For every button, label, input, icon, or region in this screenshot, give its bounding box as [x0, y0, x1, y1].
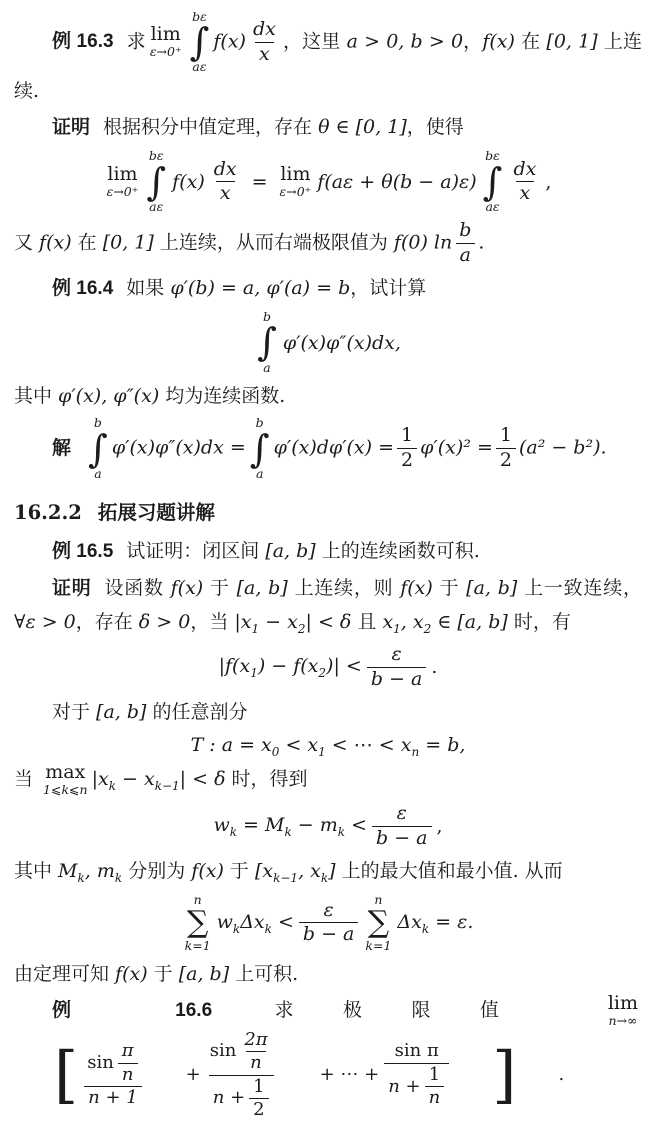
fraction-numerator: 1 [249, 1076, 268, 1099]
paragraph-conclusion: 由定理可知 f(x) 于 [a, b] 上可积. [14, 958, 642, 990]
math-run: φ′(x)φ″(x)dx, [283, 332, 401, 354]
math-run: b > 0 [411, 30, 464, 52]
text-run: 上连续，从而右端极限值为 [154, 232, 394, 254]
punctuation: , [437, 815, 443, 837]
sum-operator: n∑k=1 [185, 893, 211, 953]
fraction: sin πn +1n [384, 1040, 449, 1110]
paragraph-example-16-4: 例 16.4如果 φ′(b) = a, φ′(a) = b，试计算 [14, 272, 642, 305]
section-heading: 16.2.2拓展习题讲解 [14, 497, 642, 525]
math-run: [0, 1] [546, 30, 597, 52]
fraction: ba [455, 219, 475, 268]
integral-sign: ∫ [483, 164, 503, 200]
fraction-numerator: sin π [391, 1040, 443, 1063]
math-run: T : a = x0 < x1 < ⋯ < xn = b, [191, 734, 466, 758]
math-run: a > 0, [347, 30, 405, 52]
fraction-denominator: n [425, 1086, 445, 1110]
fraction-denominator: b − a [367, 667, 427, 692]
subscript: k [338, 825, 345, 839]
math-run: φ′(b) = a, φ′(a) = b [170, 277, 350, 299]
fraction-denominator: a [456, 243, 475, 268]
lim-word: lim [151, 25, 181, 45]
text-run: ，存在 [76, 611, 139, 633]
lim-subscript: ε→0⁺ [107, 185, 139, 199]
lim-subscript: n→∞ [608, 1014, 637, 1028]
fraction-denominator: b − a [372, 826, 432, 851]
text-run: 在 [72, 232, 103, 254]
plus-sign: + [148, 1060, 201, 1091]
paragraph-remark-16-3: 又 f(x) 在 [0, 1] 上连续，从而右端极限值为 f(0) lnba. [14, 219, 642, 268]
text-run: ，这里 [283, 30, 347, 52]
text-run: 根据积分中值定理，存在 [103, 116, 318, 138]
math-run: f(x) [213, 30, 246, 52]
textbook-page: 例 16.3求limε→0⁺bε∫aεf(x)dxx，这里 a > 0, b >… [0, 0, 656, 1136]
subscript: 1 [252, 621, 260, 635]
math-run: f(x) [400, 577, 433, 599]
text-run: 又 [14, 232, 39, 254]
fraction-denominator: x [216, 181, 235, 206]
paragraph-solution-16-4: 解b∫aφ′(x)φ″(x)dx =b∫aφ′(x)dφ′(x) =12φ′(x… [14, 416, 642, 481]
text-run: 求 [127, 30, 146, 52]
math-run: f(x) [191, 860, 224, 882]
math-run: φ′(x)φ″(x)dx = [112, 437, 246, 459]
lim-subscript: ε→0⁺ [280, 185, 312, 199]
fraction-numerator: 1 [496, 424, 516, 448]
math-run: ∀ε > 0 [14, 611, 76, 633]
limit-operator: limn→∞ [608, 994, 638, 1028]
fraction-numerator: dx [210, 158, 241, 182]
text-run: 对于 [52, 701, 96, 723]
fraction: sinπnn + 1 [83, 1040, 142, 1110]
fraction-denominator: x [255, 42, 274, 67]
equation-integral-phi: b∫aφ′(x)φ″(x)dx, [14, 310, 642, 375]
fraction: εb − a [367, 643, 427, 692]
text-run: 时，得到 [226, 768, 308, 790]
text-run: ，试计算 [350, 277, 426, 299]
punctuation: . [478, 232, 484, 254]
fraction-denominator: n + 1 [84, 1086, 142, 1110]
lim-word: lim [107, 165, 137, 185]
punctuation: , [545, 171, 551, 193]
limit-operator: limε→0⁺ [280, 165, 312, 199]
paragraph-proof-16-5: 证明设函数 f(x) 于 [a, b] 上连续，则 f(x) 于 [a, b] … [14, 572, 642, 638]
text-run: 由定理可知 [14, 963, 115, 985]
text-run: 分别为 [122, 860, 191, 882]
math-run: ] [328, 860, 335, 882]
text-run: 上一致连续， [517, 577, 642, 599]
fraction-numerator: 1 [397, 424, 417, 448]
fraction-numerator: dx [249, 18, 280, 42]
math-run: |x [234, 611, 251, 633]
math-run: − x [259, 611, 298, 633]
math-run: Δxk = ε. [397, 911, 473, 935]
integral-operator: b∫a [257, 310, 277, 375]
integral-operator: b∫a [250, 416, 270, 481]
equation-mean-value: limε→0⁺bε∫aεf(x)dxx=limε→0⁺f(aε + θ(b − … [14, 149, 642, 214]
math-run: f(x) [482, 30, 515, 52]
fraction-numerator: 2π [240, 1029, 271, 1052]
math-run: [a, b] [179, 963, 229, 985]
equation-uniform-continuity: |f(x1) − f(x2)| <εb − a. [14, 643, 642, 692]
text-run: 上的最大值和最小值. 从而 [336, 860, 563, 882]
math-run: [x [255, 860, 273, 882]
math-run: , x [401, 611, 424, 633]
paragraph-example-16-6: 例 16.6求极限值 limn→∞[sinπnn + 1+sin2πnn +12… [14, 994, 642, 1121]
fraction-numerator: π [118, 1040, 138, 1063]
subscript: 2 [318, 666, 326, 680]
math-run: δ > 0 [139, 611, 191, 633]
math-run: x [382, 611, 393, 633]
math-run: M [58, 860, 77, 882]
text-run: ，使得 [407, 116, 464, 138]
math-run: f(aε + θ(b − a)ε) [317, 171, 476, 193]
text-run: 上可积. [229, 963, 298, 985]
math-run: | < δ [180, 768, 226, 790]
fraction-denominator: n [118, 1063, 138, 1087]
subscript: k−1 [155, 779, 180, 793]
fraction: 12 [397, 424, 417, 473]
sum-lower-limit: k=1 [185, 939, 211, 953]
fraction-denominator: n +12 [209, 1075, 274, 1122]
fraction-denominator: x [516, 181, 535, 206]
max-word: max [45, 763, 85, 783]
math-run: [0, 1] [103, 232, 154, 254]
subscript: 1 [318, 745, 326, 759]
max-subscript: 1⩽k⩽n [43, 783, 88, 797]
fraction-numerator: dx [509, 158, 540, 182]
math-run: φ′(x)² = [420, 437, 493, 459]
sum-lower-limit: k=1 [365, 939, 391, 953]
fraction: εb − a [299, 899, 359, 948]
paragraph-example-16-5: 例 16.5试证明：闭区间 [a, b] 上的连续函数可积. [14, 535, 642, 568]
subscript: k [265, 922, 272, 936]
math-run: f(x) [172, 171, 205, 193]
integral-sign: ∫ [88, 431, 108, 467]
subscript: k [284, 825, 291, 839]
fraction-numerator: sinπn [83, 1040, 142, 1086]
math-run: wkΔxk < [217, 911, 294, 935]
fraction: 2πn [240, 1029, 271, 1075]
text-run: 求极限值 [225, 999, 604, 1021]
sum-sign: ∑ [187, 907, 208, 939]
example-16-4-label: 例 16.4 [52, 278, 113, 299]
lim-word: lim [280, 165, 310, 185]
paragraph-proof-16-3: 证明根据积分中值定理，存在 θ ∈ [0, 1]，使得 [14, 111, 642, 144]
fraction: dxx [509, 158, 540, 207]
plus-cdots-plus: + ⋯ + [282, 1060, 380, 1091]
integral-lower-limit: aε [149, 200, 163, 214]
math-run: wk = Mk − mk < [213, 814, 367, 838]
paragraph-example-16-3: 例 16.3求limε→0⁺bε∫aεf(x)dxx，这里 a > 0, b >… [14, 10, 642, 107]
integral-sign: ∫ [250, 431, 270, 467]
text-run: 均为连续函数. [159, 385, 285, 407]
example-16-6-label: 例 16.6 [52, 1000, 212, 1021]
text-run: 于 [148, 963, 179, 985]
fraction: dxx [249, 18, 280, 67]
integral-lower-limit: aε [192, 60, 206, 74]
fraction-numerator: ε [320, 899, 338, 923]
section-title: 拓展习题讲解 [98, 501, 215, 524]
paragraph-partition-intro: 对于 [a, b] 的任意剖分 [14, 696, 642, 728]
math-run: φ′(x)dφ′(x) = [274, 437, 394, 459]
integral-lower-limit: a [94, 467, 101, 481]
text-run: 试证明：闭区间 [126, 540, 265, 562]
paragraph-mesh-condition: 当 max1⩽k⩽n|xk − xk−1| < δ 时，得到 [14, 763, 642, 797]
math-run: θ ∈ [0, 1] [318, 116, 407, 138]
punctuation: . [431, 656, 437, 678]
math-run: ∈ [a, b] [431, 611, 508, 633]
text-run: 于 [433, 577, 466, 599]
sin-word: sin [210, 1040, 237, 1063]
math-run: f(x) [115, 963, 148, 985]
example-16-5-label: 例 16.5 [52, 541, 113, 562]
integral-operator: bε∫aε [190, 10, 210, 75]
subscript: 2 [298, 621, 306, 635]
fraction-numerator: ε [393, 802, 411, 826]
fraction-denominator: 2 [397, 448, 417, 473]
subscript: 1 [250, 666, 258, 680]
subscript: k [78, 871, 85, 885]
text-run: ， [463, 30, 482, 52]
equation-partition: T : a = x0 < x1 < ⋯ < xn = b, [14, 734, 642, 758]
punctuation: . [520, 1060, 564, 1091]
equation-riemann-sum: n∑k=1wkΔxk <εb − an∑k=1Δxk = ε. [14, 893, 642, 953]
text-run: 时，有 [508, 611, 571, 633]
integral-sign: ∫ [146, 164, 166, 200]
subscript: 1 [393, 621, 401, 635]
section-number: 16.2.2 [14, 501, 82, 524]
fraction: sin2πnn +12 [206, 1029, 277, 1122]
solution-label: 解 [52, 438, 71, 459]
text-run: 且 [351, 611, 382, 633]
math-run: [a, b] [265, 540, 315, 562]
fraction-numerator: ε [387, 643, 405, 667]
sum-operator: n∑k=1 [365, 893, 391, 953]
equation-oscillation: wk = Mk − mk <εb − a, [14, 802, 642, 851]
max-operator: max1⩽k⩽n [43, 763, 88, 797]
fraction-denominator: n [246, 1051, 266, 1075]
fraction-denominator: b − a [299, 922, 359, 947]
text-run: 在 [515, 30, 547, 52]
text-run: 如果 [126, 277, 170, 299]
math-run: φ′(x), φ″(x) [58, 385, 159, 407]
text-run: 其中 [14, 860, 58, 882]
subscript: k−1 [273, 871, 298, 885]
math-run: [a, b] [96, 701, 146, 723]
fraction: 12 [496, 424, 516, 473]
limit-operator: limε→0⁺ [150, 25, 182, 59]
math-run: − x [116, 768, 155, 790]
math-run: | < δ [306, 611, 352, 633]
fraction: 1n [425, 1064, 445, 1110]
integral-lower-limit: a [263, 361, 270, 375]
integral-lower-limit: aε [485, 200, 499, 214]
math-run: [a, b] [237, 577, 288, 599]
fraction: dxx [210, 158, 241, 207]
fraction-numerator: 1 [425, 1064, 444, 1087]
subscript: k [230, 825, 237, 839]
example-16-3-label: 例 16.3 [52, 31, 114, 52]
math-run: f(0) ln [394, 232, 452, 254]
text-run: 设函数 [105, 577, 171, 599]
text-run: 于 [203, 577, 236, 599]
integral-sign: ∫ [190, 24, 210, 60]
text-run: 上的连续函数可积. [316, 540, 480, 562]
text-run: 的任意剖分 [146, 701, 247, 723]
lim-word: lim [608, 994, 638, 1014]
math-run: f(x) [171, 577, 204, 599]
paragraph-max-min: 其中 Mk, mk 分别为 f(x) 于 [xk−1, xk] 上的最大值和最小… [14, 855, 642, 887]
subscript: k [109, 779, 116, 793]
text-run: 上连续，则 [288, 577, 400, 599]
math-run: n + [388, 1076, 420, 1099]
text-run: 当 [14, 768, 39, 790]
sum-sign: ∑ [368, 907, 389, 939]
text-run: 其中 [14, 385, 58, 407]
math-run: , m [85, 860, 115, 882]
equals-sign: = [252, 171, 268, 193]
math-run: [a, b] [466, 577, 517, 599]
fraction: πn [118, 1040, 138, 1086]
sin-word: sin [87, 1052, 114, 1075]
fraction-denominator: 2 [496, 448, 516, 473]
limit-operator: limε→0⁺ [107, 165, 139, 199]
fraction: 12 [249, 1076, 268, 1122]
proof-label: 证明 [52, 578, 92, 599]
text-run: 于 [224, 860, 255, 882]
integral-sign: ∫ [257, 324, 277, 360]
math-run: , x [298, 860, 321, 882]
fraction-numerator: b [455, 219, 475, 243]
integral-operator: bε∫aε [146, 149, 166, 214]
integral-lower-limit: a [256, 467, 263, 481]
fraction-numerator: sin2πn [206, 1029, 277, 1075]
lim-subscript: ε→0⁺ [150, 45, 182, 59]
integral-operator: b∫a [88, 416, 108, 481]
fraction-denominator: n +1n [384, 1063, 449, 1110]
math-run: |f(x1) − f(x2)| < [219, 655, 362, 679]
text-run: ，当 [190, 611, 234, 633]
math-run: |x [92, 768, 109, 790]
math-run: (a² − b²). [519, 437, 607, 459]
math-run: n + [213, 1087, 245, 1110]
proof-label: 证明 [52, 117, 90, 138]
paragraph-remark-16-4: 其中 φ′(x), φ″(x) 均为连续函数. [14, 380, 642, 412]
fraction-denominator: 2 [249, 1098, 268, 1122]
integral-operator: bε∫aε [483, 149, 503, 214]
math-run: f(x) [39, 232, 72, 254]
fraction: εb − a [372, 802, 432, 851]
